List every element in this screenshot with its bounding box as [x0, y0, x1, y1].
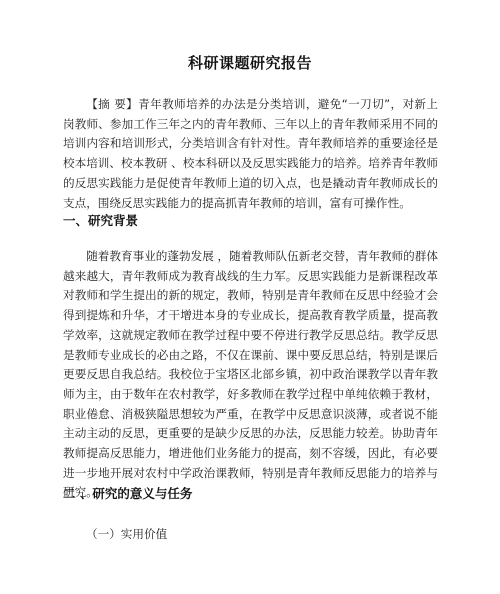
subheading-practical-value: （一）实用价值 [86, 526, 167, 542]
document-title: 科研课题研究报告 [0, 52, 500, 73]
section-heading-significance: 二 、研究的意义与任务 [63, 484, 192, 502]
document-page: 科研课题研究报告 【摘 要】青年教师培养的办法是分类培训，避免“一刀切”，对新上… [0, 0, 500, 594]
section-heading-background: 一、研究背景 [63, 211, 138, 229]
abstract-paragraph: 【摘 要】青年教师培养的办法是分类培训，避免“一刀切”，对新上岗教师、参加工作三… [63, 95, 438, 213]
background-paragraph: 随着教育事业的蓬勃发展 ，随着教师队伍新老交替，青年教师的群体越来越大，青年教师… [63, 247, 438, 503]
